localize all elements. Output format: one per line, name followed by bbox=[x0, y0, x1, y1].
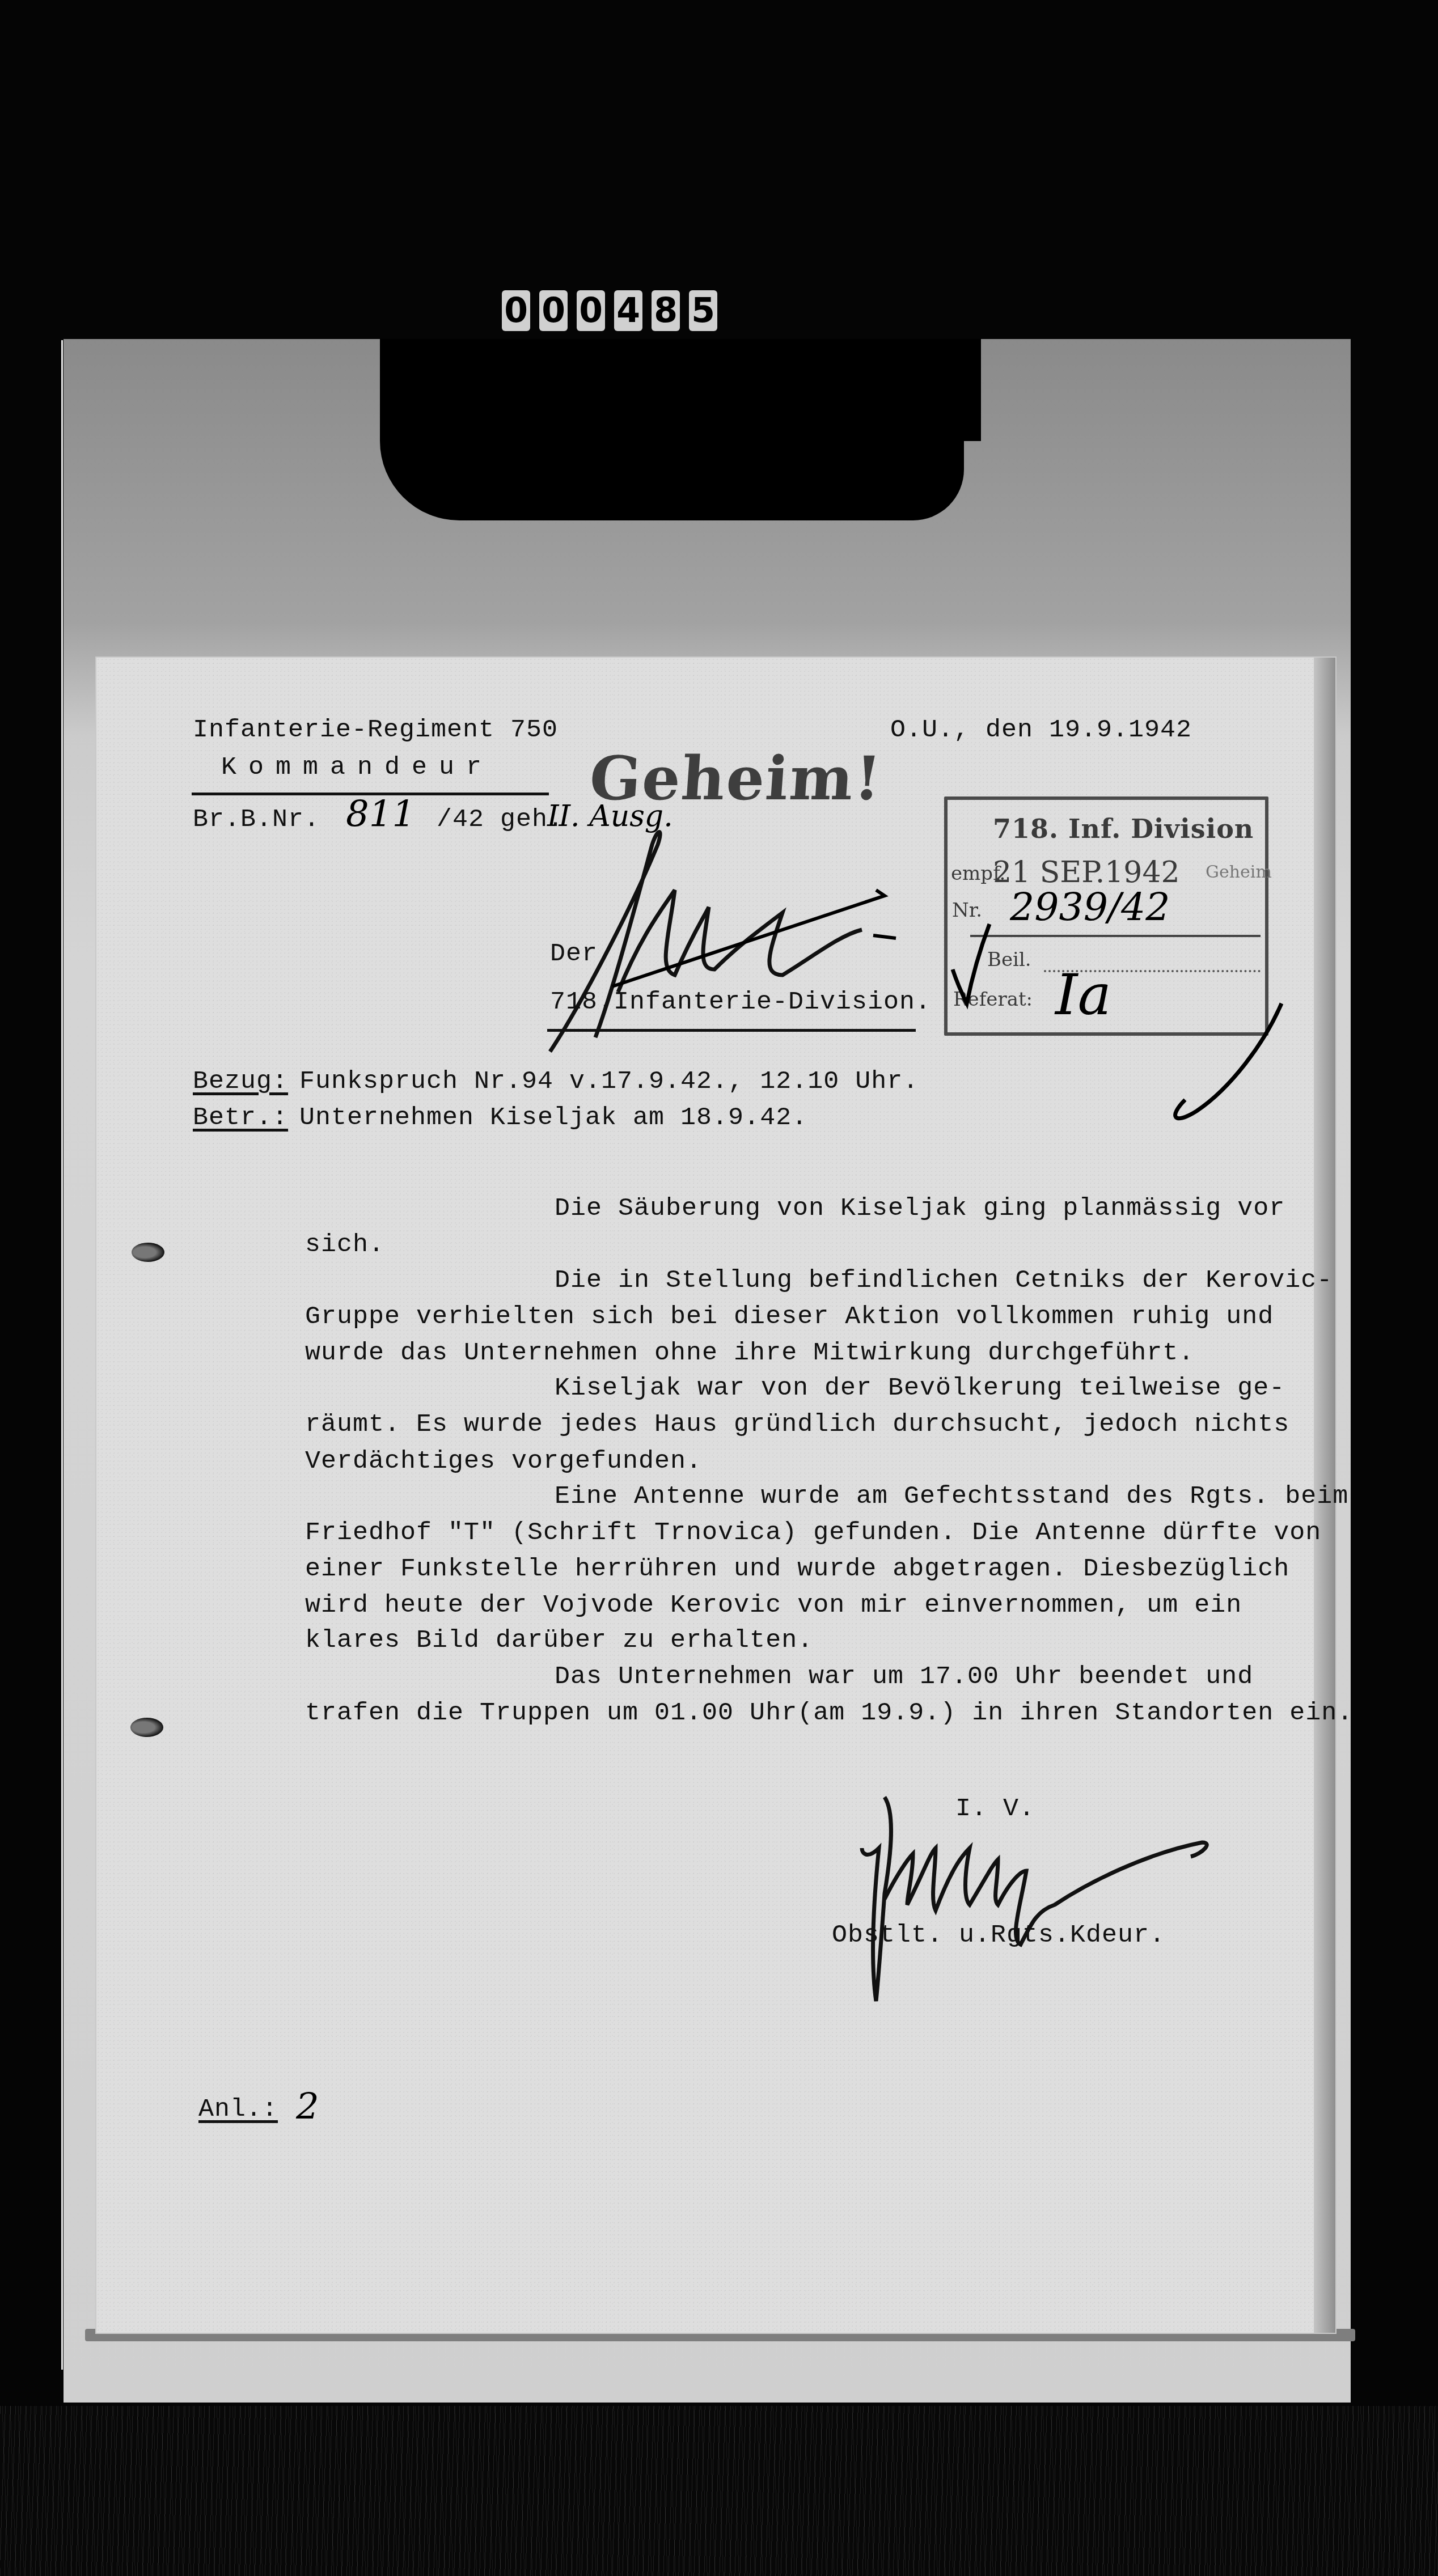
check-mark-icon bbox=[947, 918, 992, 1009]
folder-clip-notch bbox=[930, 339, 981, 441]
body-line: Friedhof "T" (Schrift Trnovica) gefunden… bbox=[305, 1518, 1321, 1547]
recipient-addressee: 718.Infanterie-Division. bbox=[550, 988, 931, 1016]
frame-counter: 0 0 0 4 8 5 bbox=[502, 290, 717, 331]
reference-text: Funkspruch Nr.94 v.17.9.42., 12.10 Uhr. bbox=[299, 1067, 919, 1096]
place-date: O.U., den 19.9.1942 bbox=[890, 715, 1192, 744]
body-line: Die Säuberung von Kiseljak ging planmäss… bbox=[555, 1194, 1285, 1223]
subject-label: Betr.: bbox=[193, 1103, 288, 1132]
body-line: Das Unternehmen war um 17.00 Uhr beendet… bbox=[555, 1662, 1253, 1691]
film-border bbox=[0, 2406, 1438, 2576]
body-line: trafen die Truppen um 01.00 Uhr(am 19.9.… bbox=[305, 1698, 1353, 1727]
stamp-classification: Geheim bbox=[1206, 862, 1272, 882]
initials-signature-icon bbox=[544, 822, 930, 1060]
margin-hook-mark-icon bbox=[1162, 998, 1287, 1134]
ref-label: Br.B.Nr. bbox=[193, 805, 320, 834]
body-line: Eine Antenne wurde am Gefechtsstand des … bbox=[555, 1482, 1348, 1511]
subject-text: Unternehmen Kiseljak am 18.9.42. bbox=[299, 1103, 807, 1132]
body-line: Gruppe verhielten sich bei dieser Aktion… bbox=[305, 1302, 1274, 1331]
sender-role: Kommandeur bbox=[221, 753, 493, 782]
body-line: einer Funkstelle herrühren und wurde abg… bbox=[305, 1554, 1289, 1583]
secret-stamp: Geheim! bbox=[587, 743, 885, 814]
enclosures-label: Anl.: bbox=[198, 2095, 278, 2124]
body-line: sich. bbox=[305, 1230, 384, 1259]
recipient-rule bbox=[547, 1029, 916, 1032]
body-line: räumt. Es wurde jedes Haus gründlich dur… bbox=[305, 1410, 1289, 1439]
counter-digit: 0 bbox=[502, 290, 530, 331]
stamp-received-date: 21 SEP.1942 bbox=[993, 855, 1180, 889]
signature-title: Obstlt. u.Rgts.Kdeur. bbox=[832, 1921, 1165, 1950]
counter-digit: 0 bbox=[539, 290, 568, 331]
punch-hole-icon bbox=[130, 1718, 163, 1737]
sender-unit: Infanterie-Regiment 750 bbox=[193, 715, 558, 744]
counter-digit: 0 bbox=[577, 290, 605, 331]
counter-digit: 4 bbox=[614, 290, 642, 331]
stamp-department-handwritten: Ia bbox=[1055, 961, 1111, 1028]
counter-digit: 8 bbox=[652, 290, 680, 331]
body-line: klares Bild darüber zu erhalten. bbox=[305, 1626, 813, 1655]
folder-clip-slot bbox=[380, 339, 964, 520]
body-line: Kiseljak war von der Bevölkerung teilwei… bbox=[555, 1374, 1285, 1403]
ref-number-handwritten: 811 bbox=[346, 794, 415, 836]
folder-edge-line bbox=[61, 340, 63, 2370]
body-line: Die in Stellung befindlichen Cetniks der… bbox=[555, 1266, 1333, 1295]
punch-hole-icon bbox=[132, 1243, 164, 1262]
body-line: wird heute der Vojvode Kerovic von mir e… bbox=[305, 1591, 1242, 1620]
stamp-enclosures-label: Beil. bbox=[987, 948, 1031, 971]
stamp-number-handwritten: 2939/42 bbox=[1010, 885, 1170, 930]
body-line: wurde das Unternehmen ohne ihre Mitwirku… bbox=[305, 1338, 1194, 1367]
stamp-title: 718. Inf. Division bbox=[993, 814, 1254, 844]
handwritten-signature-icon bbox=[851, 1791, 1225, 2007]
stamp-number-line bbox=[970, 935, 1261, 937]
reference-label: Bezug: bbox=[193, 1067, 288, 1096]
counter-digit: 5 bbox=[689, 290, 717, 331]
enclosures-count-handwritten: 2 bbox=[296, 2086, 319, 2128]
body-line: Verdächtiges vorgefunden. bbox=[305, 1447, 702, 1476]
